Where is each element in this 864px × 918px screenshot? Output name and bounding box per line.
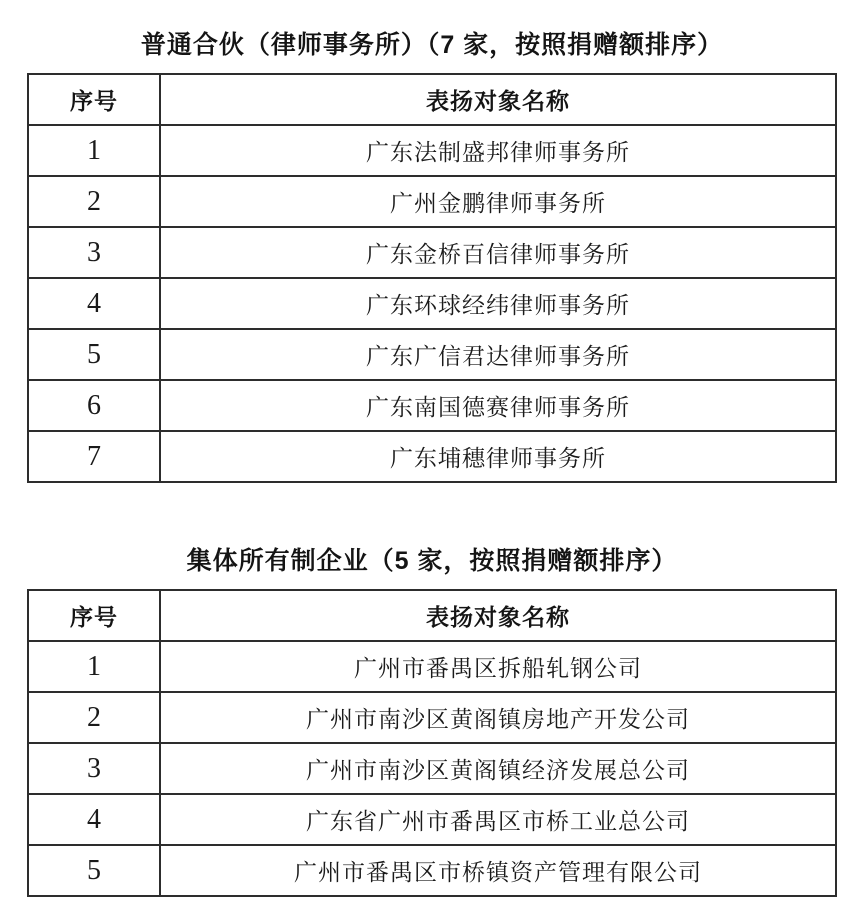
table-row: 5广州市番禺区市桥镇资产管理有限公司 [28, 845, 836, 896]
row-index: 1 [28, 641, 160, 692]
row-name: 广州市南沙区黄阁镇经济发展总公司 [160, 743, 836, 794]
row-index: 6 [28, 380, 160, 431]
row-index: 2 [28, 692, 160, 743]
table-row: 5广东广信君达律师事务所 [28, 329, 836, 380]
row-index: 4 [28, 278, 160, 329]
row-name: 广州市番禺区市桥镇资产管理有限公司 [160, 845, 836, 896]
row-index: 4 [28, 794, 160, 845]
row-index: 3 [28, 743, 160, 794]
table-header-row: 序号 表扬对象名称 [28, 590, 836, 641]
table-row: 2广州市南沙区黄阁镇房地产开发公司 [28, 692, 836, 743]
row-index: 1 [28, 125, 160, 176]
table-row: 6广东南国德赛律师事务所 [28, 380, 836, 431]
partnership-table: 序号 表扬对象名称 1广东法制盛邦律师事务所2广州金鹏律师事务所3广东金桥百信律… [27, 73, 837, 483]
row-name: 广东广信君达律师事务所 [160, 329, 836, 380]
row-name: 广东省广州市番禺区市桥工业总公司 [160, 794, 836, 845]
row-index: 3 [28, 227, 160, 278]
row-name: 广州市南沙区黄阁镇房地产开发公司 [160, 692, 836, 743]
row-name: 广东法制盛邦律师事务所 [160, 125, 836, 176]
table-row: 1广州市番禺区拆船轧钢公司 [28, 641, 836, 692]
table-row: 4广东环球经纬律师事务所 [28, 278, 836, 329]
document-page: 普通合伙（律师事务所）（7 家，按照捐赠额排序） 序号 表扬对象名称 1广东法制… [0, 0, 864, 918]
col-header-name: 表扬对象名称 [160, 590, 836, 641]
row-index: 2 [28, 176, 160, 227]
row-index: 5 [28, 845, 160, 896]
table-row: 3广州市南沙区黄阁镇经济发展总公司 [28, 743, 836, 794]
row-name: 广州金鹏律师事务所 [160, 176, 836, 227]
row-name: 广东金桥百信律师事务所 [160, 227, 836, 278]
section-title-collective: 集体所有制企业（5 家，按照捐赠额排序） [27, 546, 837, 576]
table-row: 2广州金鹏律师事务所 [28, 176, 836, 227]
row-index: 5 [28, 329, 160, 380]
row-name: 广东南国德赛律师事务所 [160, 380, 836, 431]
table-header-row: 序号 表扬对象名称 [28, 74, 836, 125]
table-row: 4广东省广州市番禺区市桥工业总公司 [28, 794, 836, 845]
table-row: 3广东金桥百信律师事务所 [28, 227, 836, 278]
table-row: 1广东法制盛邦律师事务所 [28, 125, 836, 176]
collective-table: 序号 表扬对象名称 1广州市番禺区拆船轧钢公司2广州市南沙区黄阁镇房地产开发公司… [27, 589, 837, 897]
col-header-index: 序号 [28, 74, 160, 125]
row-name: 广州市番禺区拆船轧钢公司 [160, 641, 836, 692]
section-collective: 集体所有制企业（5 家，按照捐赠额排序） 序号 表扬对象名称 1广州市番禺区拆船… [0, 546, 864, 897]
row-index: 7 [28, 431, 160, 482]
col-header-index: 序号 [28, 590, 160, 641]
section-partnership: 普通合伙（律师事务所）（7 家，按照捐赠额排序） 序号 表扬对象名称 1广东法制… [0, 30, 864, 483]
row-name: 广东埔穗律师事务所 [160, 431, 836, 482]
col-header-name: 表扬对象名称 [160, 74, 836, 125]
table-row: 7广东埔穗律师事务所 [28, 431, 836, 482]
row-name: 广东环球经纬律师事务所 [160, 278, 836, 329]
section-title-partnership: 普通合伙（律师事务所）（7 家，按照捐赠额排序） [27, 30, 837, 60]
